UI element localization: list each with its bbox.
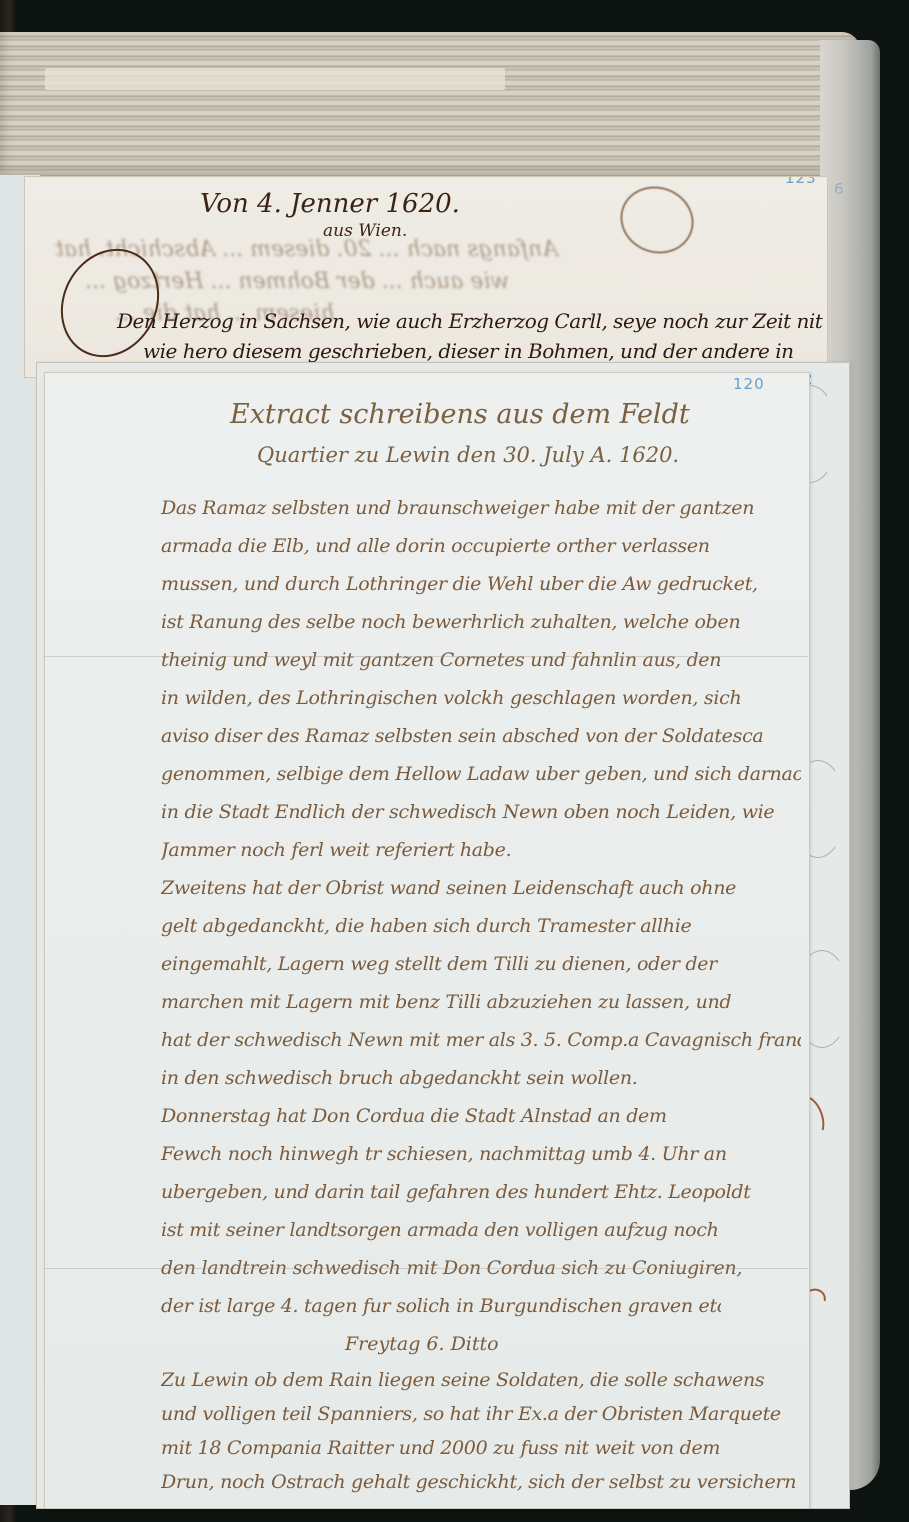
text-line: ist mit seiner landtsorgen armada den vo…: [161, 1219, 801, 1241]
top-sheet-edge: [45, 68, 505, 90]
text-line: der ist large 4. tagen fur solich in Bur…: [161, 1295, 721, 1317]
folio-number-123: 123: [785, 176, 817, 187]
text-line: Das Ramaz selbsten und braunschweiger ha…: [161, 497, 801, 519]
folio-number-120: 120: [733, 375, 765, 393]
text-line: hat der schwedisch Newn mit mer als 3. 5…: [161, 1029, 801, 1051]
bleed-flourish-icon: [611, 176, 703, 263]
text-line: genommen, selbige dem Hellow Ladaw uber …: [161, 763, 801, 785]
text-line: marchen mit Lagern mit benz Tilli abzuzi…: [161, 991, 801, 1013]
text-line: Jammer noch ferl weit referiert habe.: [161, 839, 801, 861]
back-letter-heading: Von 4. Jenner 1620.: [200, 189, 460, 219]
folio-number-edge: 6: [834, 180, 845, 198]
text-line: Fewch noch hinwegh tr schiesen, nachmitt…: [161, 1143, 801, 1165]
text-line: armada die Elb, und alle dorin occupiert…: [161, 535, 801, 557]
page-stack-top: [0, 32, 860, 182]
back-letter-sheet: Anfangs nach ... 20. diesem ... Abschich…: [24, 176, 828, 378]
text-line: Zu Lewin ob dem Rain liegen seine Soldat…: [161, 1369, 801, 1391]
text-line: in die Stadt Endlich der schwedisch Newn…: [161, 801, 801, 823]
text-line: Zweitens hat der Obrist wand seinen Leid…: [161, 877, 801, 899]
text-line: eingemahlt, Lagern weg stellt dem Tilli …: [161, 953, 801, 975]
text-line: aviso diser des Ramaz selbsten sein absc…: [161, 725, 801, 747]
text-line: Donnerstag hat Don Cordua die Stadt Alns…: [161, 1105, 801, 1127]
extract-heading: Extract schreibens aus dem Feldt: [230, 399, 690, 430]
section-date: Freytag 6. Ditto: [345, 1333, 499, 1355]
text-line: und volligen teil Spanniers, so hat ihr …: [161, 1403, 801, 1425]
text-line: mussen, und durch Lothringer die Wehl ub…: [161, 573, 801, 595]
back-letter-subheading: aus Wien.: [323, 221, 407, 241]
paper-fold-line: [44, 1268, 808, 1269]
paper-fold-line: [44, 656, 808, 657]
text-line: theinig und weyl mit gantzen Cornetes un…: [161, 649, 801, 671]
text-line: gelt abgedanckht, die haben sich durch T…: [161, 915, 801, 937]
back-letter-line: wie hero diesem geschrieben, dieser in B…: [143, 339, 794, 363]
text-line: Drun, noch Ostrach gehalt geschickht, si…: [161, 1471, 801, 1493]
extract-subheading: Quartier zu Lewin den 30. July A. 1620.: [257, 443, 679, 467]
back-letter-line: Den Herzog in Sachsen, wie auch Erzherzo…: [117, 309, 822, 333]
text-line: ubergeben, und darin tail gefahren des h…: [161, 1181, 801, 1203]
text-line: in den schwedisch bruch abgedanckht sein…: [161, 1067, 801, 1089]
text-line: ist Ranung des selbe noch bewerhrlich zu…: [161, 611, 801, 633]
text-line: in wilden, des Lothringischen volckh ges…: [161, 687, 801, 709]
extract-letter-sheet: Extract schreibens aus dem Feldt Quartie…: [44, 372, 810, 1509]
text-line: mit 18 Compania Raitter und 2000 zu fuss…: [161, 1437, 801, 1459]
